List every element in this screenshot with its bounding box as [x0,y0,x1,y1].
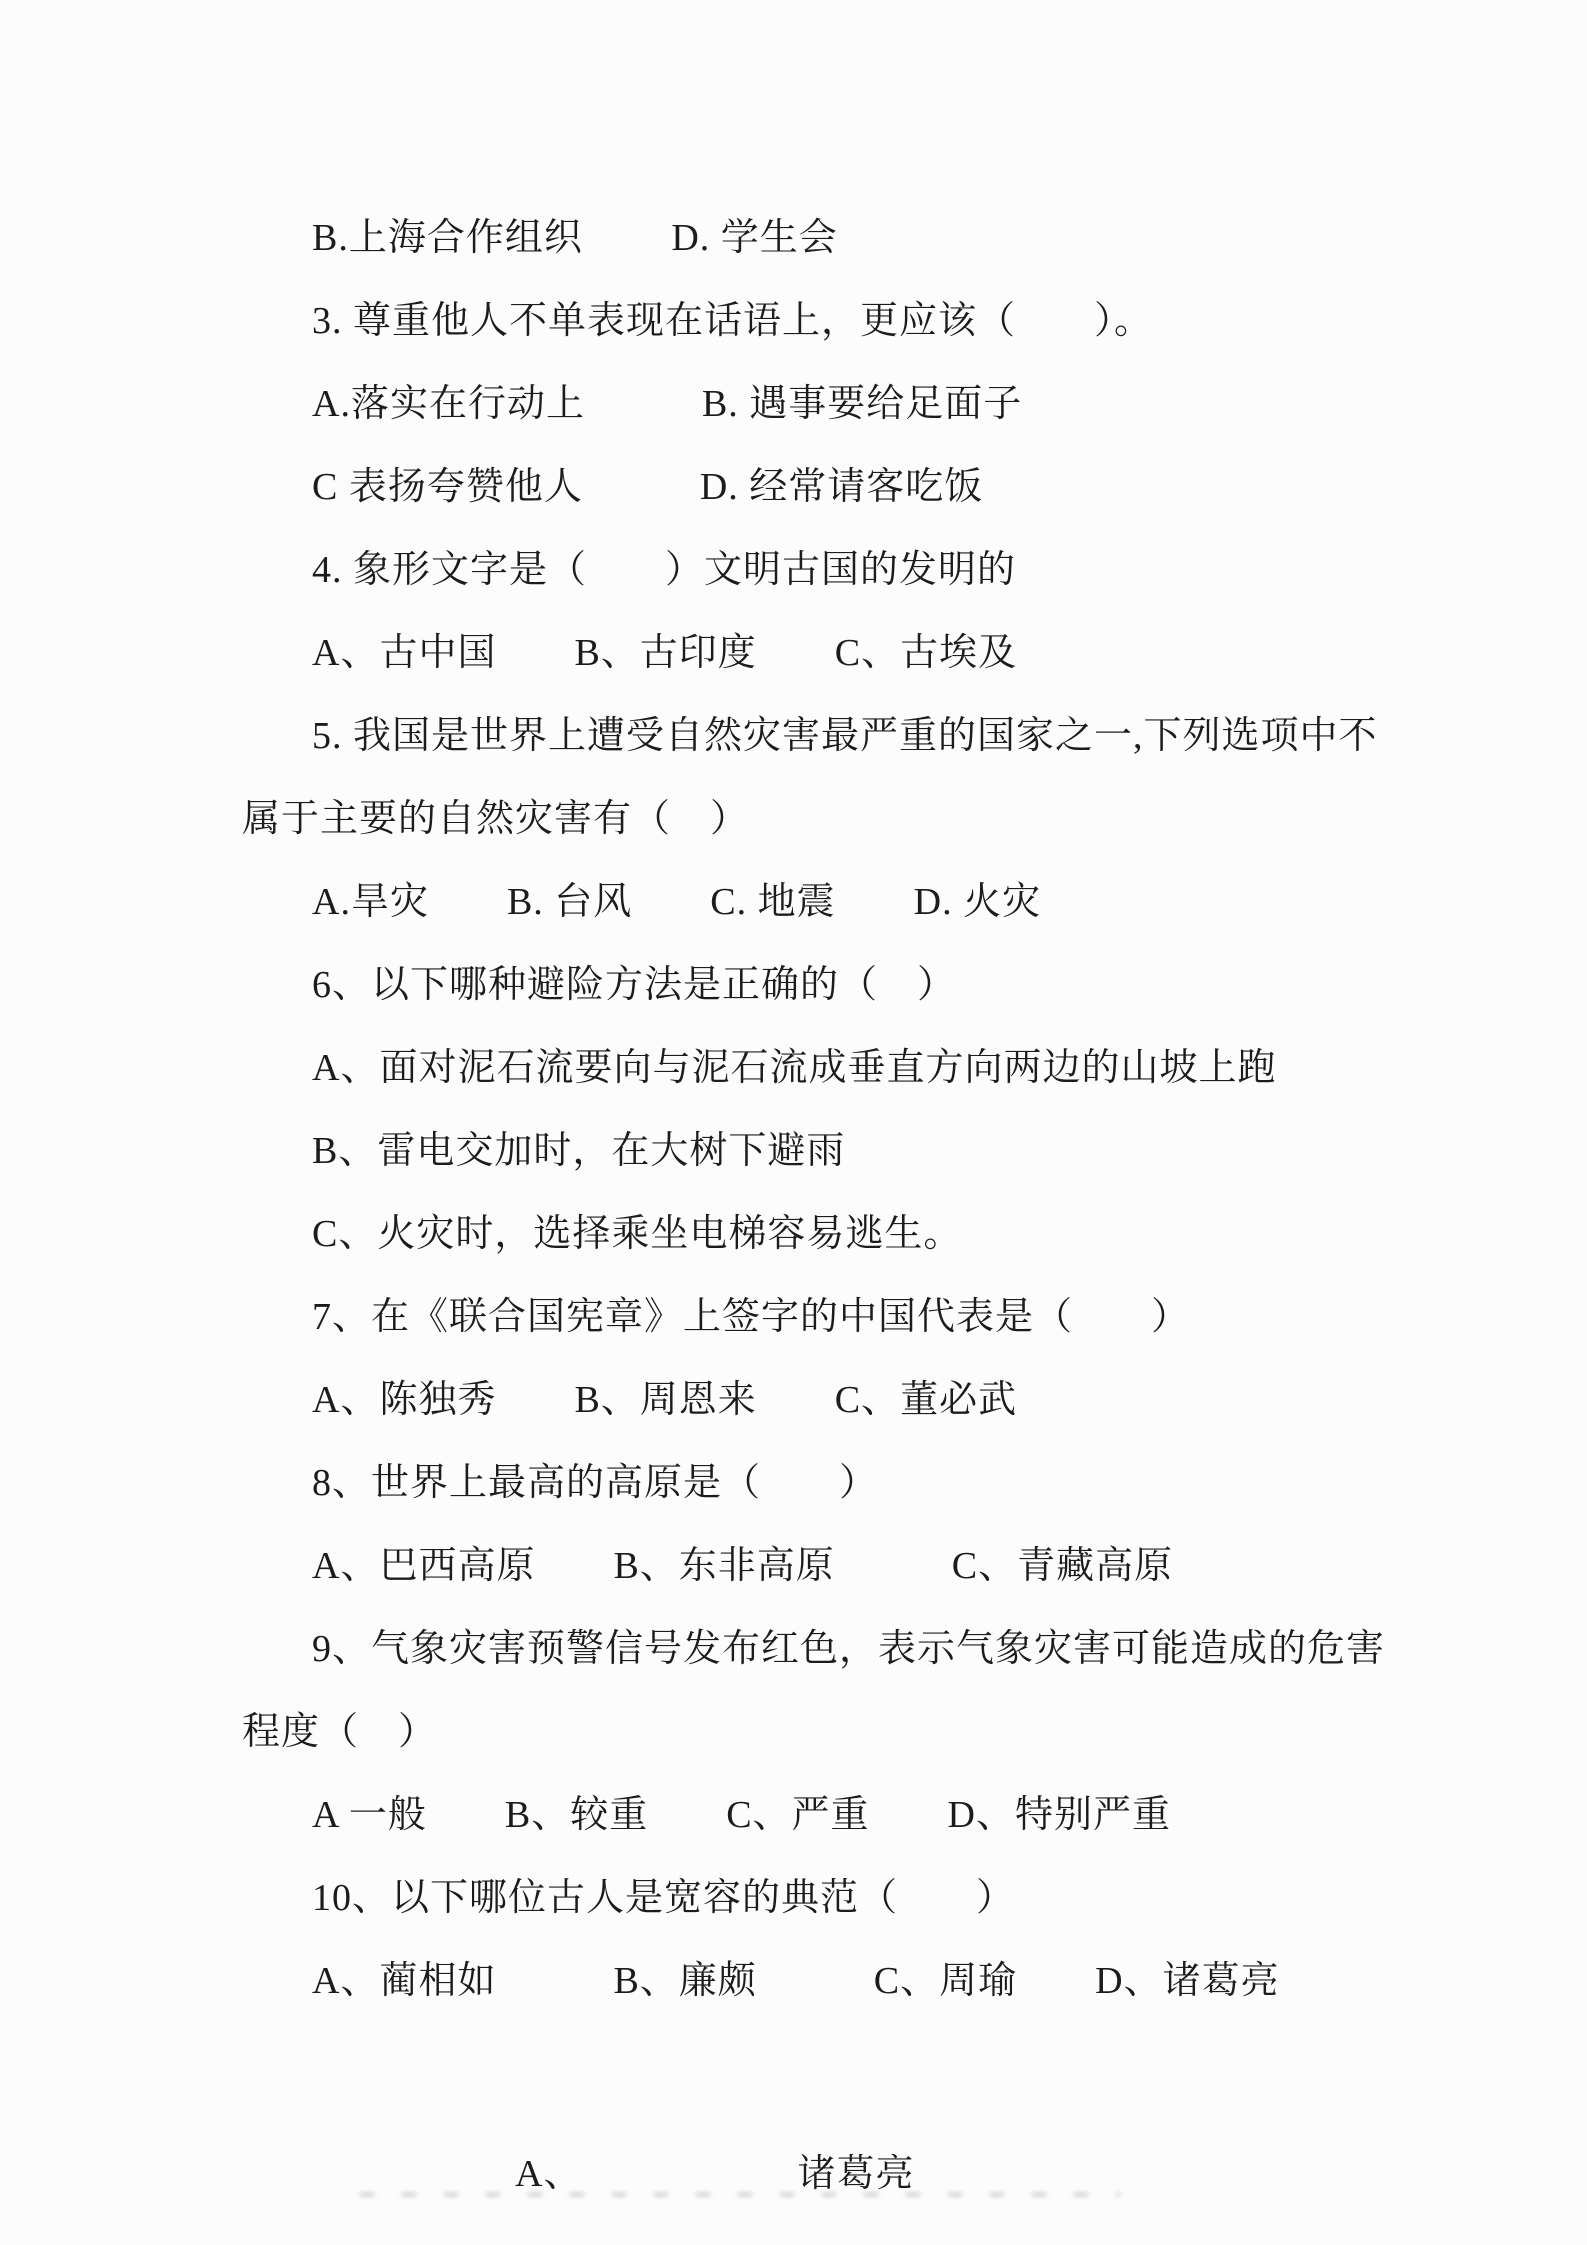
q6-option-b: B、雷电交加时，在大树下避雨 [242,1110,1437,1193]
q3-options-cd: C 表扬夸赞他人 D. 经常请客吃饭 [242,446,1437,529]
scan-artifact [360,2192,1120,2197]
exam-page: B.上海合作组织 D. 学生会 3. 尊重他人不单表现在话语上，更应该（ ）。 … [0,0,1587,2245]
q5-options: A.旱灾 B. 台风 C. 地震 D. 火灾 [242,861,1437,944]
question-5-line2: 属于主要的自然灾害有（ ） [242,778,1437,861]
exam-document-body: B.上海合作组织 D. 学生会 3. 尊重他人不单表现在话语上，更应该（ ）。 … [0,0,1587,2216]
answer-line: A、 诸葛亮 [242,2133,1437,2216]
question-9-line2: 程度（ ） [242,1691,1437,1774]
q2-options-bd: B.上海合作组织 D. 学生会 [242,197,1437,280]
question-9-line1: 9、气象灾害预警信号发布红色，表示气象灾害可能造成的危害 [242,1608,1437,1691]
question-7: 7、在《联合国宪章》上签字的中国代表是（ ） [242,1276,1437,1359]
question-6: 6、以下哪种避险方法是正确的（ ） [242,944,1437,1027]
question-3: 3. 尊重他人不单表现在话语上，更应该（ ）。 [242,280,1437,363]
q4-options: A、古中国 B、古印度 C、古埃及 [242,612,1437,695]
question-10: 10、以下哪位古人是宽容的典范（ ） [242,1857,1437,1940]
q7-options: A、陈独秀 B、周恩来 C、董必武 [242,1359,1437,1442]
question-8: 8、世界上最高的高原是（ ） [242,1442,1437,1525]
q10-options: A、蔺相如 B、廉颇 C、周瑜 D、诸葛亮 [242,1940,1437,2023]
q3-options-ab: A.落实在行动上 B. 遇事要给足面子 [242,363,1437,446]
question-5-line1: 5. 我国是世界上遭受自然灾害最严重的国家之一,下列选项中不 [242,695,1437,778]
q9-options: A 一般 B、较重 C、严重 D、特别严重 [242,1774,1437,1857]
q8-options: A、巴西高原 B、东非高原 C、青藏高原 [242,1525,1437,1608]
q6-option-a: A、面对泥石流要向与泥石流成垂直方向两边的山坡上跑 [242,1027,1437,1110]
question-4: 4. 象形文字是（ ）文明古国的发明的 [242,529,1437,612]
q6-option-c: C、火灾时，选择乘坐电梯容易逃生。 [242,1193,1437,1276]
